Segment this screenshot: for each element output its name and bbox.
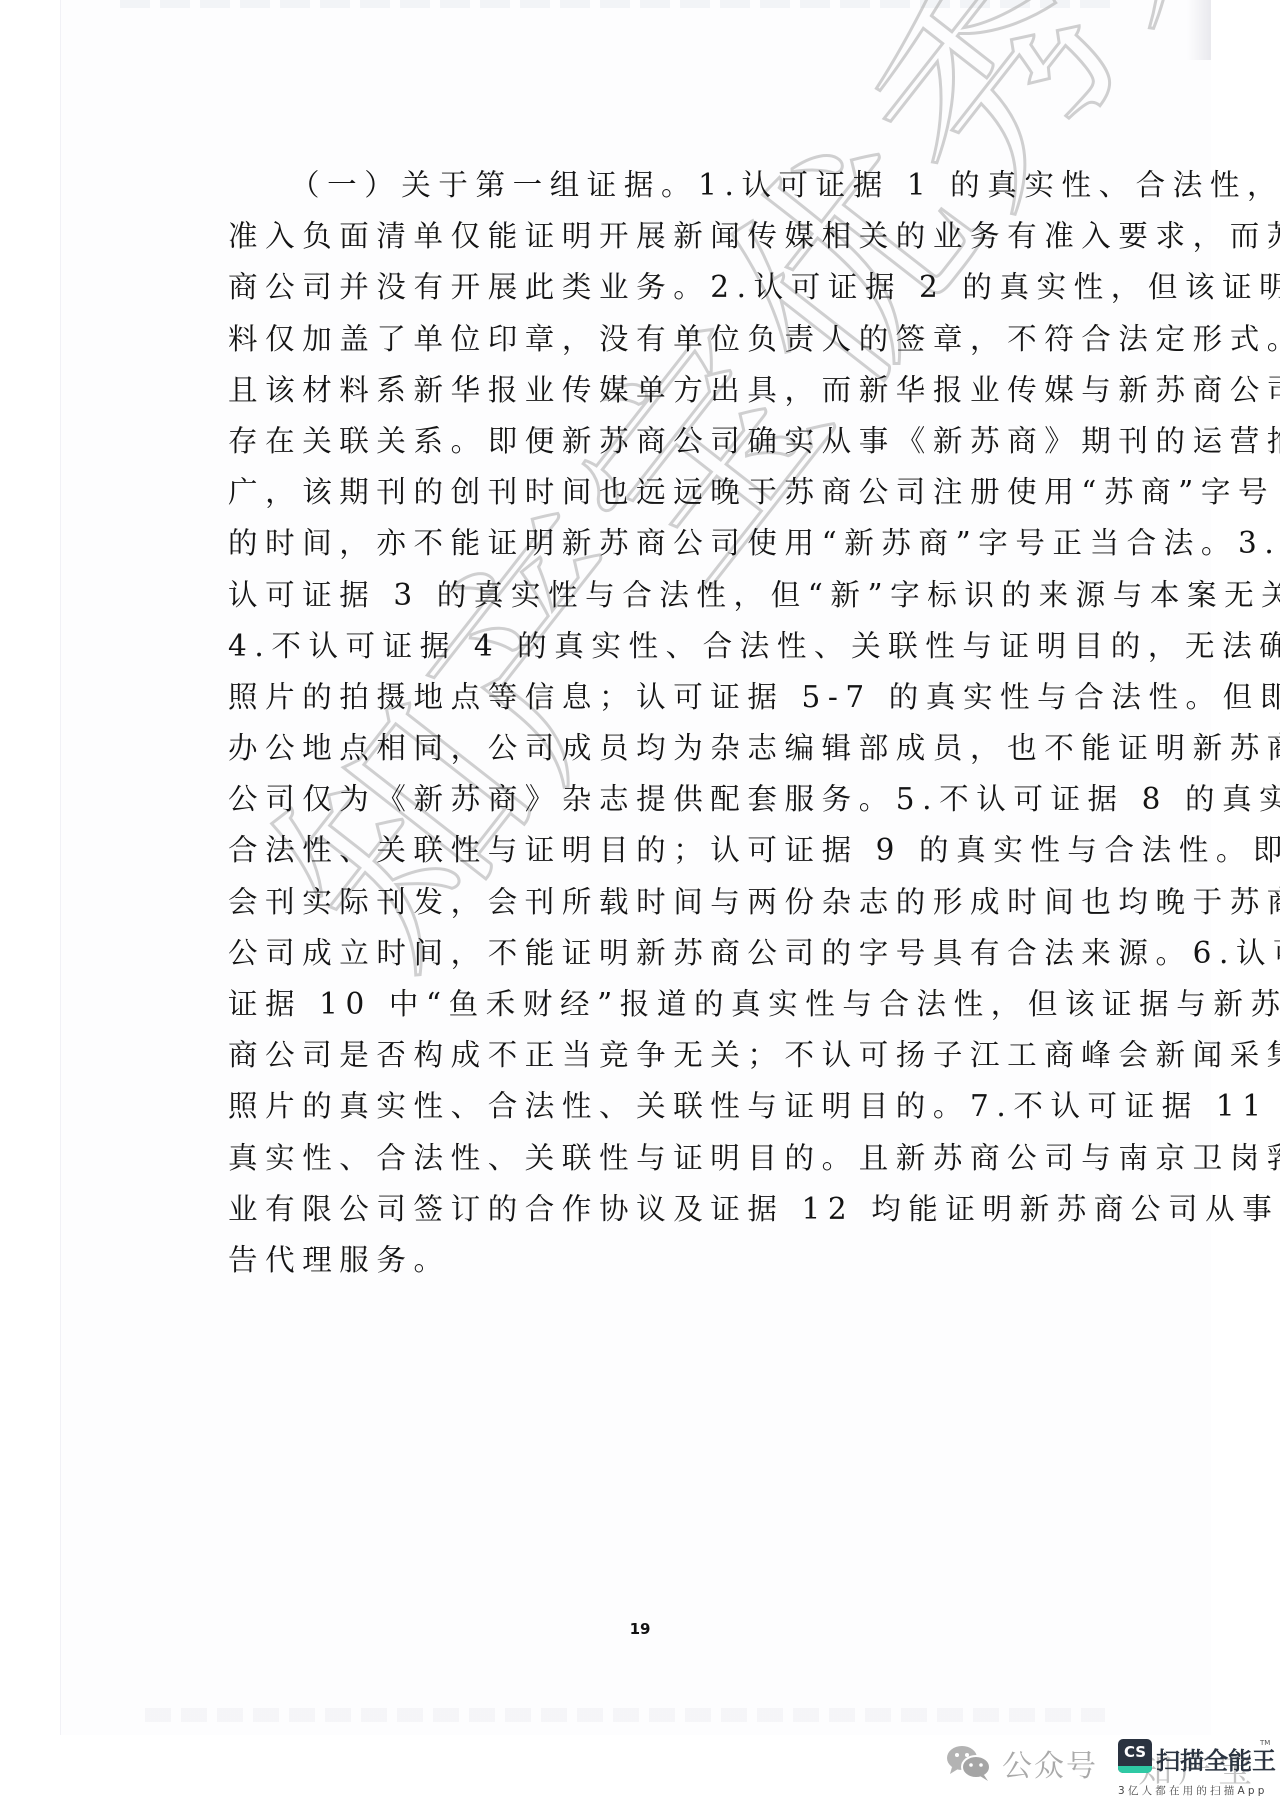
trademark: TM xyxy=(1260,1739,1270,1747)
text-line: 照片的真实性、合法性、关联性与证明目的。7.不认可证据 11 的 xyxy=(228,1081,1094,1132)
bleed-through-top xyxy=(120,0,1120,8)
app-name: 扫描全能王 xyxy=(1156,1741,1276,1776)
text-line: 商公司是否构成不正当竞争无关；不认可扬子江工商峰会新闻采集 xyxy=(228,1030,1094,1081)
text-line: 合法性、关联性与证明目的；认可证据 9 的真实性与合法性。即使 xyxy=(228,825,1094,876)
document-body: （一）关于第一组证据。1.认可证据 1 的真实性、合法性，但 准入负面清单仅能证… xyxy=(228,160,1094,1286)
text-line: 告代理服务。 xyxy=(228,1235,1094,1286)
source-footer: 公众号 知产宝 CS 扫描全能王 TM 3亿人都在用的扫描App xyxy=(930,1735,1280,1810)
logo-accent-bar xyxy=(1118,1766,1152,1773)
text-line: 商公司并没有开展此类业务。2.认可证据 2 的真实性，但该证明材 xyxy=(228,262,1094,313)
text-line: 证据 10 中“鱼禾财经”报道的真实性与合法性，但该证据与新苏 xyxy=(228,979,1094,1030)
text-line: 公司仅为《新苏商》杂志提供配套服务。5.不认可证据 8 的真实性、 xyxy=(228,774,1094,825)
text-line: 且该材料系新华报业传媒单方出具，而新华报业传媒与新苏商公司 xyxy=(228,365,1094,416)
text-line: 照片的拍摄地点等信息；认可证据 5-7 的真实性与合法性。但即使 xyxy=(228,672,1094,723)
text-line: （一）关于第一组证据。1.认可证据 1 的真实性、合法性，但 xyxy=(228,160,1094,211)
logo-text: CS xyxy=(1118,1743,1152,1761)
text-line: 4.不认可证据 4 的真实性、合法性、关联性与证明目的，无法确认 xyxy=(228,621,1094,672)
text-line: 广，该期刊的创刊时间也远远晚于苏商公司注册使用“苏商”字号 xyxy=(228,467,1094,518)
page-number: 19 xyxy=(0,1620,1280,1638)
text-line: 会刊实际刊发，会刊所载时间与两份杂志的形成时间也均晚于苏商 xyxy=(228,877,1094,928)
text-line: 准入负面清单仅能证明开展新闻传媒相关的业务有准入要求，而苏 xyxy=(228,211,1094,262)
camscanner-logo-icon: CS xyxy=(1118,1739,1152,1773)
text-line: 业有限公司签订的合作协议及证据 12 均能证明新苏商公司从事广 xyxy=(228,1184,1094,1235)
wechat-account-label: 公众号 xyxy=(1002,1741,1098,1785)
text-line: 公司成立时间，不能证明新苏商公司的字号具有合法来源。6.认可 xyxy=(228,928,1094,979)
text-line: 的时间，亦不能证明新苏商公司使用“新苏商”字号正当合法。3. xyxy=(228,518,1094,569)
text-line: 认可证据 3 的真实性与合法性，但“新”字标识的来源与本案无关。 xyxy=(228,570,1094,621)
text-line: 料仅加盖了单位印章，没有单位负责人的签章，不符合法定形式。 xyxy=(228,314,1094,365)
page-shadow xyxy=(1187,0,1211,60)
app-slogan: 3亿人都在用的扫描App xyxy=(1118,1783,1268,1798)
wechat-icon xyxy=(944,1743,994,1783)
text-line: 存在关联关系。即便新苏商公司确实从事《新苏商》期刊的运营推 xyxy=(228,416,1094,467)
text-line: 办公地点相同，公司成员均为杂志编辑部成员，也不能证明新苏商 xyxy=(228,723,1094,774)
bleed-through-bottom xyxy=(145,1708,1105,1722)
text-line: 真实性、合法性、关联性与证明目的。且新苏商公司与南京卫岗乳 xyxy=(228,1133,1094,1184)
